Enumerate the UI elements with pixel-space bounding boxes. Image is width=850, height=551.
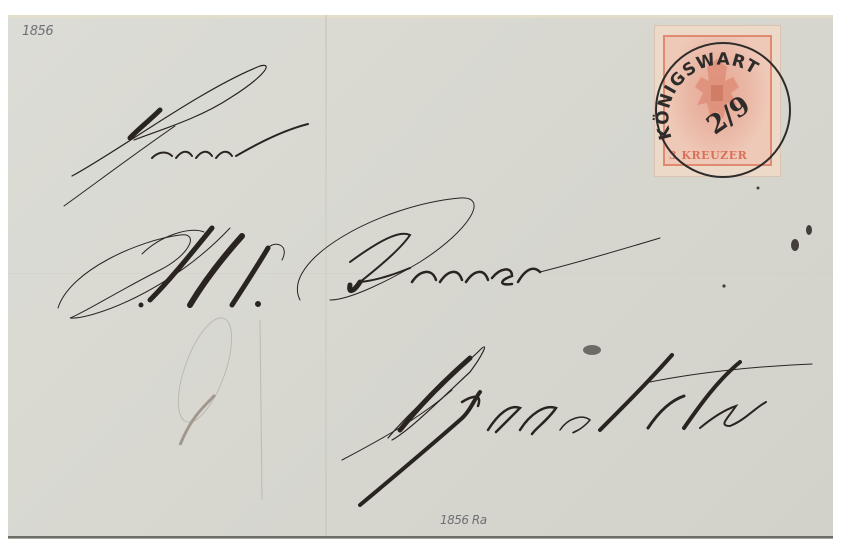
faint-pencil-marks [167, 311, 262, 500]
recipient-script [58, 198, 660, 318]
ink-blots [583, 187, 812, 356]
destination-script [342, 347, 812, 505]
postmark-date: 2/9 [701, 90, 756, 141]
salutation-script [64, 65, 308, 206]
handwriting-and-postmark-layer: KÖNIGSWART 2/9 [0, 0, 850, 551]
postmark-town: KÖNIGSWART [651, 49, 762, 141]
